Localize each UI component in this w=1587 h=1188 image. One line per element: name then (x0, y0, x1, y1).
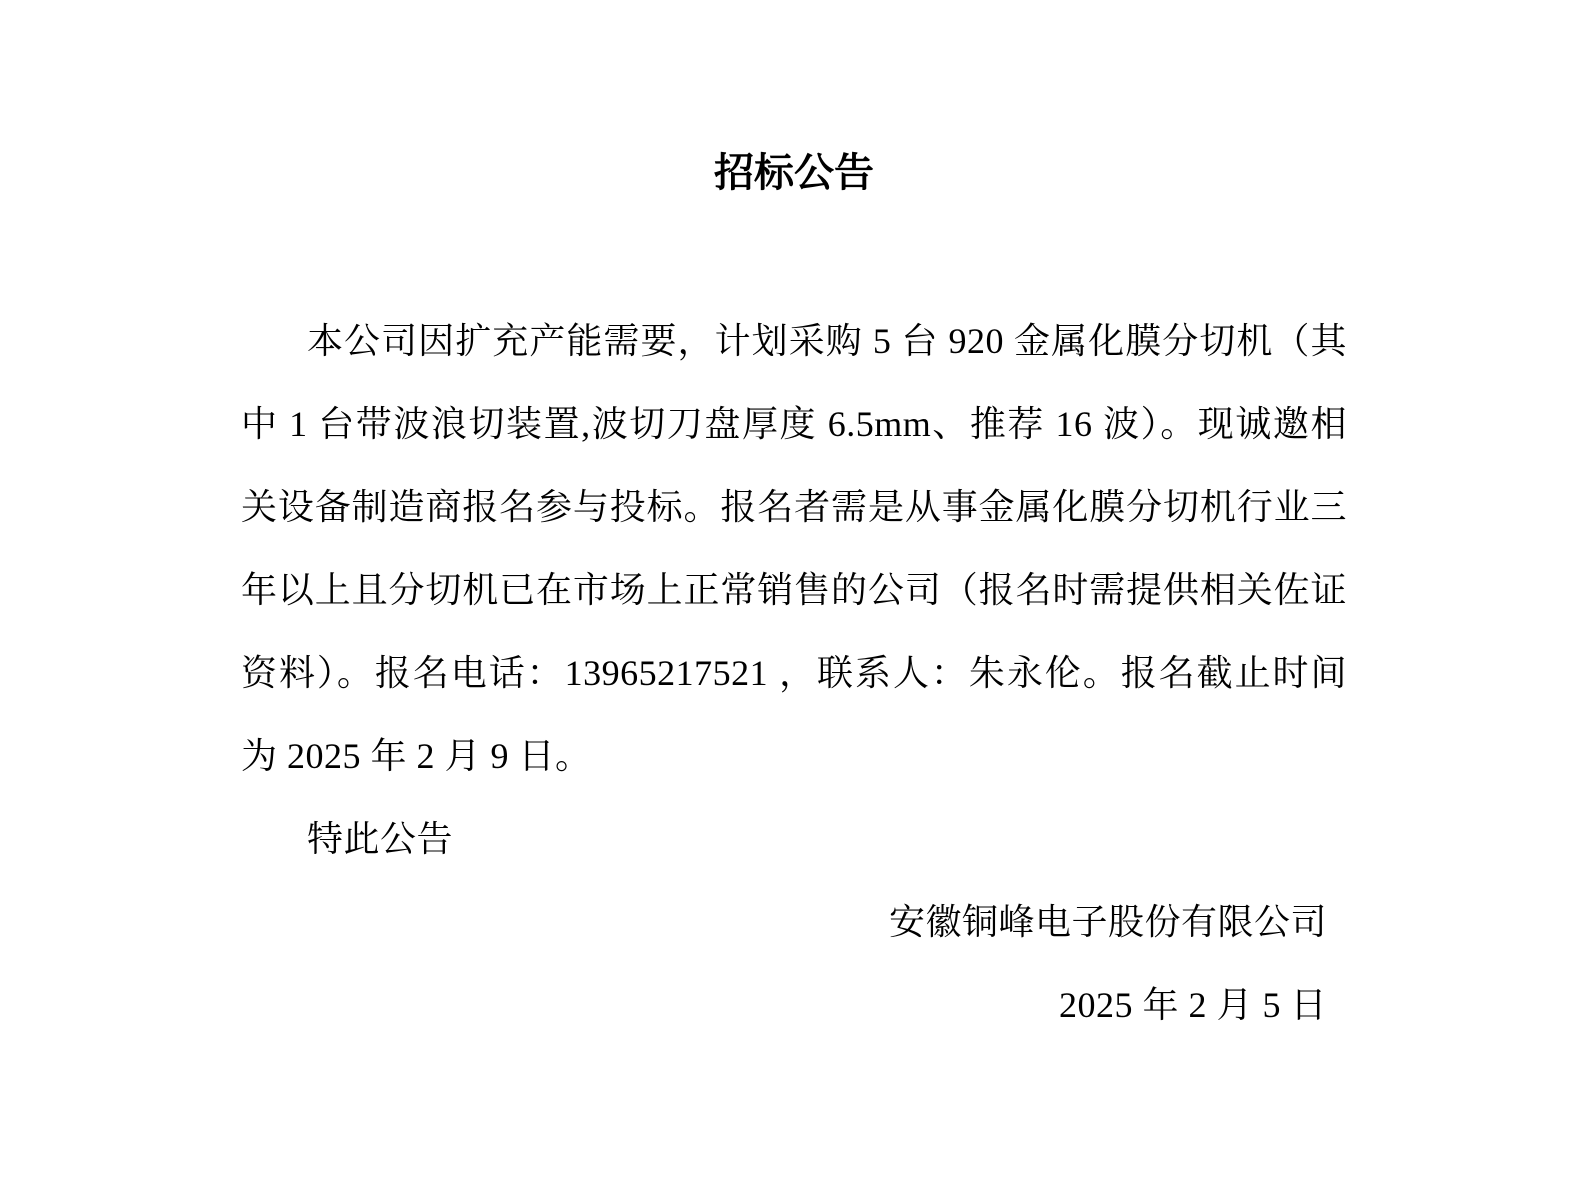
document-body: 本公司因扩充产能需要，计划采购 5 台 920 金属化膜分切机（其 中 1 台带… (241, 300, 1347, 1047)
body-line-5: 资料）。报名电话：13965217521 ，联系人：朱永伦。报名截止时间 (241, 632, 1347, 715)
document-title: 招标公告 (241, 150, 1347, 196)
body-line-2: 中 1 台带波浪切装置,波切刀盘厚度 6.5mm、推荐 16 波）。现诚邀相 (241, 383, 1347, 466)
signature-company: 安徽铜峰电子股份有限公司 (241, 881, 1347, 964)
body-line-6: 为 2025 年 2 月 9 日。 (241, 715, 1347, 798)
document-page: 招标公告 本公司因扩充产能需要，计划采购 5 台 920 金属化膜分切机（其 中… (0, 0, 1587, 1188)
signature-date: 2025 年 2 月 5 日 (241, 964, 1347, 1047)
body-line-3: 关设备制造商报名参与投标。报名者需是从事金属化膜分切机行业三 (241, 466, 1347, 549)
closing-line: 特此公告 (241, 798, 1347, 881)
body-line-1: 本公司因扩充产能需要，计划采购 5 台 920 金属化膜分切机（其 (241, 300, 1347, 383)
body-line-4: 年以上且分切机已在市场上正常销售的公司（报名时需提供相关佐证 (241, 549, 1347, 632)
